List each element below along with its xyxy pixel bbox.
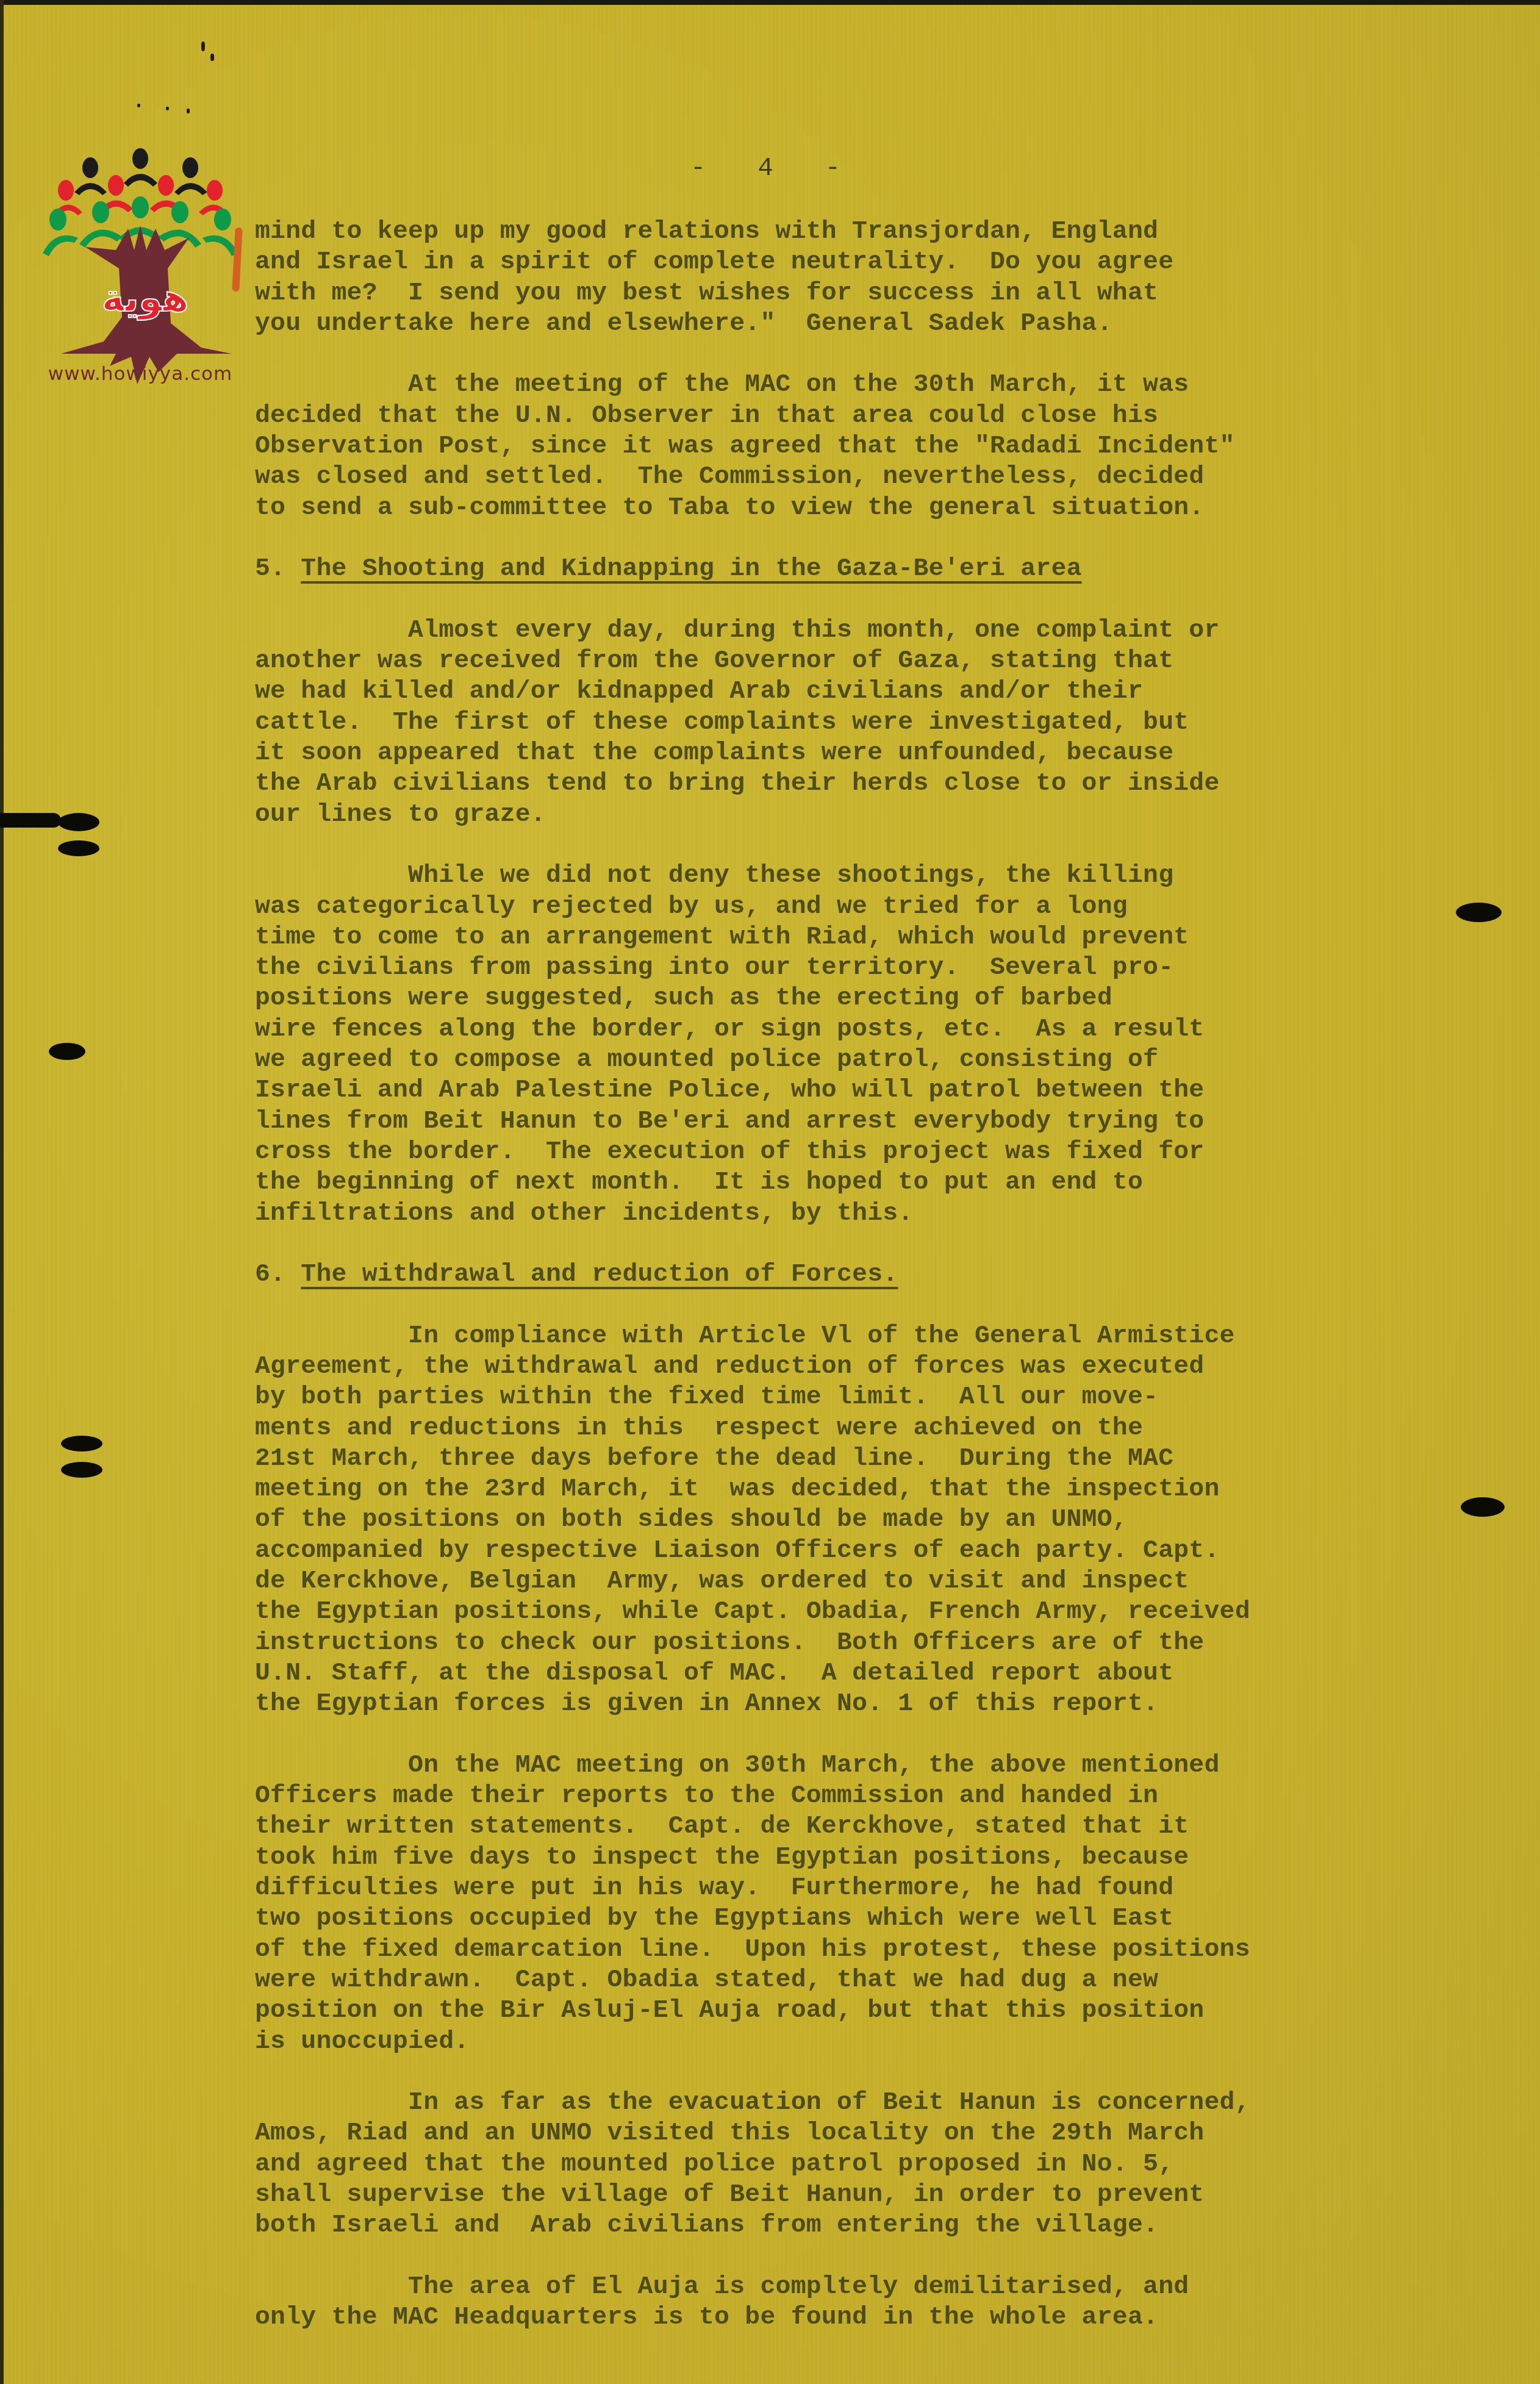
punch-hole-left-1 <box>58 813 99 831</box>
text-line: In as far as the evacuation of Beit Hanu… <box>255 2088 1450 2118</box>
text-line: meeting on the 23rd March, it was decide… <box>255 1474 1450 1505</box>
text-line: time to come to an arrangement with Riad… <box>255 922 1450 953</box>
punch-hole-left-5 <box>61 1462 102 1478</box>
howiyya-logo: هوية <box>37 146 256 390</box>
text-line: both Israeli and Arab civilians from ent… <box>255 2210 1450 2241</box>
text-line: mind to keep up my good relations with T… <box>255 217 1450 247</box>
text-line: cross the border. The execution of this … <box>255 1137 1450 1167</box>
text-line: Almost every day, during this month, one… <box>255 615 1450 646</box>
text-line: At the meeting of the MAC on the 30th Ma… <box>255 370 1450 400</box>
text-line: the civilians from passing into our terr… <box>255 953 1450 983</box>
text-line: Officers made their reports to the Commi… <box>255 1781 1450 1811</box>
text-line: it soon appeared that the complaints wer… <box>255 738 1450 768</box>
logo-arabic-text: هوية <box>102 276 189 320</box>
paragraph-gap <box>255 830 1450 861</box>
paragraph: mind to keep up my good relations with T… <box>255 217 1450 339</box>
ink-speck <box>166 107 169 110</box>
text-line: infiltrations and other incidents, by th… <box>255 1198 1450 1229</box>
ink-speck <box>187 109 190 113</box>
paragraph: In compliance with Article Vl of the Gen… <box>255 1321 1450 1720</box>
scan-top-edge <box>0 0 1540 5</box>
text-line: accompanied by respective Liaison Office… <box>255 1536 1450 1566</box>
paragraph: On the MAC meeting on 30th March, the ab… <box>255 1750 1450 2057</box>
text-line: was closed and settled. The Commission, … <box>255 462 1450 492</box>
text-line: ments and reductions in this respect wer… <box>255 1413 1450 1444</box>
text-line: by both parties within the fixed time li… <box>255 1382 1450 1412</box>
text-line: we had killed and/or kidnapped Arab civi… <box>255 676 1450 707</box>
text-line: two positions occupied by the Egyptians … <box>255 1903 1450 1934</box>
text-line: shall supervise the village of Beit Hanu… <box>255 2180 1450 2210</box>
text-line: the beginning of next month. It is hoped… <box>255 1167 1450 1198</box>
paragraph-gap <box>255 1720 1450 1750</box>
text-line: of the fixed demarcation line. Upon his … <box>255 1935 1450 1965</box>
text-line: decided that the U.N. Observer in that a… <box>255 401 1450 431</box>
text-line: and Israel in a spirit of complete neutr… <box>255 247 1450 277</box>
text-line: The area of El Auja is compltely demilit… <box>255 2272 1450 2302</box>
section-heading: 6. The withdrawal and reduction of Force… <box>255 1259 1450 1290</box>
text-line: In compliance with Article Vl of the Gen… <box>255 1321 1450 1351</box>
text-line: the Egyptian positions, while Capt. Obad… <box>255 1597 1450 1627</box>
ink-speck <box>210 54 214 61</box>
heading-line: 5. The Shooting and Kidnapping in the Ga… <box>255 554 1450 584</box>
typewritten-document: mind to keep up my good relations with T… <box>255 217 1450 2333</box>
text-line: U.N. Staff, at the disposal of MAC. A de… <box>255 1658 1450 1689</box>
paragraph: Almost every day, during this month, one… <box>255 615 1450 830</box>
punch-hole-left-3 <box>49 1043 85 1060</box>
punch-hole-left-4 <box>61 1436 102 1452</box>
text-line: we agreed to compose a mounted police pa… <box>255 1045 1450 1075</box>
text-line: the Arab civilians tend to bring their h… <box>255 768 1450 799</box>
text-line: our lines to graze. <box>255 800 1450 830</box>
section-number: 5. <box>255 554 301 583</box>
section-number: 6. <box>255 1260 301 1289</box>
text-line: de Kerckhove, Belgian Army, was ordered … <box>255 1566 1450 1597</box>
text-line: cattle. The first of these complaints we… <box>255 707 1450 738</box>
text-line: their written statements. Capt. de Kerck… <box>255 1811 1450 1842</box>
text-line: Agreement, the withdrawal and reduction … <box>255 1351 1450 1382</box>
paragraph-gap <box>255 339 1450 370</box>
text-line: Amos, Riad and an UNMO visited this loca… <box>255 2118 1450 2149</box>
text-line: was categorically rejected by us, and we… <box>255 892 1450 922</box>
text-line: positions were suggested, such as the er… <box>255 983 1450 1014</box>
text-line: difficulties were put in his way. Furthe… <box>255 1873 1450 1903</box>
punch-hole-right-2 <box>1461 1497 1505 1517</box>
text-line: with me? I send you my best wishes for s… <box>255 278 1450 309</box>
tree-people-logo-icon: هوية <box>37 146 256 390</box>
heading-line: 6. The withdrawal and reduction of Force… <box>255 1259 1450 1290</box>
text-line: Observation Post, since it was agreed th… <box>255 431 1450 462</box>
punch-tear-left <box>0 813 61 828</box>
punch-hole-left-2 <box>58 840 99 856</box>
ink-speck <box>201 41 205 51</box>
text-line: instructions to check our positions. Bot… <box>255 1628 1450 1658</box>
paragraph: While we did not deny these shootings, t… <box>255 861 1450 1229</box>
text-line: position on the Bir Asluj-El Auja road, … <box>255 1996 1450 2026</box>
section-title: The Shooting and Kidnapping in the Gaza-… <box>301 554 1081 583</box>
paragraph-gap <box>255 2241 1450 2272</box>
text-line: wire fences along the border, or sign po… <box>255 1014 1450 1045</box>
paragraph: In as far as the evacuation of Beit Hanu… <box>255 2088 1450 2241</box>
punch-hole-right-1 <box>1456 903 1502 922</box>
paragraph: The area of El Auja is compltely demilit… <box>255 2272 1450 2333</box>
ink-speck <box>137 104 140 107</box>
text-line: 21st March, three days before the dead l… <box>255 1444 1450 1474</box>
text-line: took him five days to inspect the Egypti… <box>255 1842 1450 1873</box>
page-number: - 4 - <box>683 154 866 183</box>
text-line: Israeli and Arab Palestine Police, who w… <box>255 1075 1450 1106</box>
section-title: The withdrawal and reduction of Forces. <box>301 1260 898 1289</box>
text-line: only the MAC Headquarters is to be found… <box>255 2302 1450 2333</box>
text-line: to send a sub-committee to Taba to view … <box>255 493 1450 523</box>
text-line: you undertake here and elsewhere." Gener… <box>255 309 1450 339</box>
text-line: were withdrawn. Capt. Obadia stated, tha… <box>255 1965 1450 1996</box>
paragraph-gap <box>255 585 1450 615</box>
text-line: While we did not deny these shootings, t… <box>255 861 1450 891</box>
paragraph: At the meeting of the MAC on the 30th Ma… <box>255 370 1450 523</box>
text-line: of the positions on both sides should be… <box>255 1505 1450 1535</box>
scan-left-edge <box>0 0 4 2384</box>
text-line: lines from Beit Hanun to Be'eri and arre… <box>255 1106 1450 1137</box>
paragraph-gap <box>255 1290 1450 1320</box>
paragraph-gap <box>255 523 1450 554</box>
watermark-url: www.howiyya.com <box>30 363 250 385</box>
text-line: the Egyptian forces is given in Annex No… <box>255 1689 1450 1719</box>
text-line: and agreed that the mounted police patro… <box>255 2149 1450 2180</box>
section-heading: 5. The Shooting and Kidnapping in the Ga… <box>255 554 1450 584</box>
text-line: On the MAC meeting on 30th March, the ab… <box>255 1750 1450 1781</box>
paragraph-gap <box>255 2057 1450 2088</box>
paragraph-gap <box>255 1229 1450 1259</box>
text-line: is unoccupied. <box>255 2027 1450 2057</box>
text-line: another was received from the Governor o… <box>255 646 1450 676</box>
